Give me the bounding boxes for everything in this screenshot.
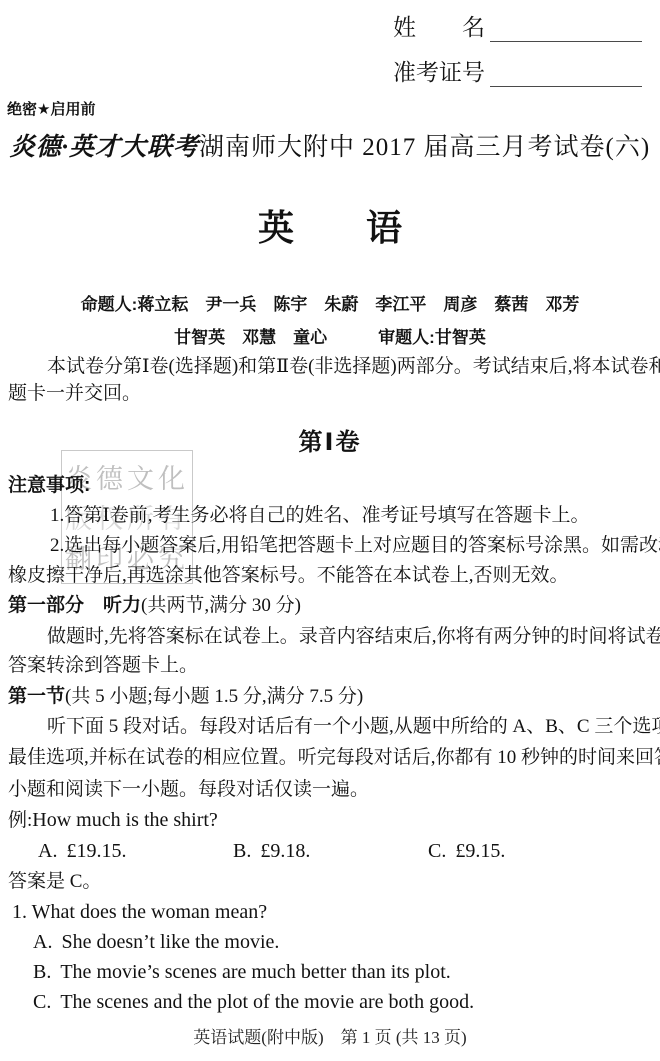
example-question-text: How much is the shirt?: [32, 809, 218, 831]
committee-line-1: 命题人:蒋立耘 尹一兵 陈宇 朱蔚 李江平 周彦 蔡茜 邓芳: [0, 290, 660, 315]
secret-notice: 绝密★启用前: [7, 98, 95, 119]
part-1-instruction-line-2: 答案转涂到答题卡上。: [8, 651, 198, 681]
part-1-heading: 第一部分 听力: [8, 595, 141, 616]
section-1-instruction-line-2: 最佳选项,并标在试卷的相应位置。听完每段对话后,你都有 10 秒钟的时间来回答有…: [8, 743, 660, 773]
example-option-a: A.£19.15.: [38, 836, 126, 866]
question-1-text: What does the woman mean?: [32, 901, 267, 923]
question-1-option-b: B.The movie’s scenes are much better tha…: [33, 957, 451, 987]
page-footer: 英语试题(附中版) 第 1 页 (共 13 页): [0, 1023, 660, 1048]
exam-paper-page: 炎德文化 版权所有 翻印必究 姓 名 准考证号 绝密★启用前 炎德·英才大联考湖…: [0, 0, 660, 1061]
example-option-b-label: B.: [233, 840, 251, 862]
volume-1-title: 第Ⅰ卷: [0, 422, 660, 457]
part-1-instruction-line-1: 做题时,先将答案标在试卷上。录音内容结束后,你将有两分钟的时间将试卷上的: [47, 622, 660, 652]
example-question-row: 例:How much is the shirt?: [8, 805, 218, 836]
question-1-option-c-text: The scenes and the plot of the movie are…: [60, 991, 474, 1013]
intro-line-2: 题卡一并交回。: [8, 379, 141, 409]
name-field-row: 姓 名: [393, 14, 642, 42]
question-1-option-a: A.She doesn’t like the movie.: [33, 927, 279, 957]
question-1-option-a-text: She doesn’t like the movie.: [61, 931, 279, 953]
question-1-number: 1.: [12, 901, 27, 923]
question-1-row: 1. What does the woman mean?: [12, 897, 267, 927]
example-option-c: C.£9.15.: [428, 836, 505, 866]
question-1-option-b-label: B.: [33, 961, 51, 983]
exam-title-text: 湖南师大附中 2017 届高三月考试卷(六): [199, 134, 650, 161]
intro-line-1: 本试卷分第Ⅰ卷(选择题)和第Ⅱ卷(非选择题)两部分。考试结束后,将本试卷和答: [47, 352, 660, 382]
question-1-option-c-label: C.: [33, 991, 51, 1013]
example-option-a-text: £19.15.: [66, 840, 126, 862]
note-item-1: 1.答第Ⅰ卷前,考生务必将自己的姓名、准考证号填写在答题卡上。: [50, 501, 590, 531]
example-option-b-text: £9.18.: [260, 840, 310, 862]
example-option-b: B.£9.18.: [233, 836, 310, 866]
exam-title: 炎德·英才大联考湖南师大附中 2017 届高三月考试卷(六): [0, 127, 660, 163]
notes-heading: 注意事项:: [8, 471, 90, 501]
note-item-2-line-1: 2.选出每小题答案后,用铅笔把答题卡上对应题目的答案标号涂黑。如需改动,用: [50, 531, 660, 561]
example-option-c-label: C.: [428, 840, 446, 862]
committee-line-2: 甘智英 邓慧 童心 审题人:甘智英: [0, 323, 660, 348]
question-1-option-b-text: The movie’s scenes are much better than …: [60, 961, 450, 983]
name-fill-line: [490, 17, 642, 42]
part-1-heading-row: 第一部分 听力(共两节,满分 30 分): [8, 591, 301, 621]
example-option-a-label: A.: [38, 840, 57, 862]
admission-label: 准考证号: [393, 60, 485, 85]
example-lead: 例:: [8, 810, 32, 831]
subject-title: 英 语: [0, 200, 660, 251]
part-1-heading-note: (共两节,满分 30 分): [141, 595, 301, 616]
example-answer: 答案是 C。: [8, 867, 101, 897]
question-1-option-a-label: A.: [33, 931, 52, 953]
section-1-instruction-line-3: 小题和阅读下一小题。每段对话仅读一遍。: [8, 775, 369, 805]
note-item-2-line-2: 橡皮擦干净后,再选涂其他答案标号。不能答在本试卷上,否则无效。: [8, 561, 569, 591]
section-1-heading-note: (共 5 小题;每小题 1.5 分,满分 7.5 分): [65, 686, 363, 707]
brand-name: 炎德·英才大联考: [10, 134, 199, 161]
name-label: 姓 名: [393, 15, 485, 40]
admission-fill-line: [490, 62, 642, 87]
admission-field-row: 准考证号: [393, 59, 642, 87]
question-1-option-c: C.The scenes and the plot of the movie a…: [33, 987, 474, 1017]
example-option-c-text: £9.15.: [455, 840, 505, 862]
section-1-instruction-line-1: 听下面 5 段对话。每段对话后有一个小题,从题中所给的 A、B、C 三个选项中选…: [47, 712, 660, 742]
section-1-heading-row: 第一节(共 5 小题;每小题 1.5 分,满分 7.5 分): [8, 682, 363, 712]
section-1-heading: 第一节: [8, 686, 65, 707]
